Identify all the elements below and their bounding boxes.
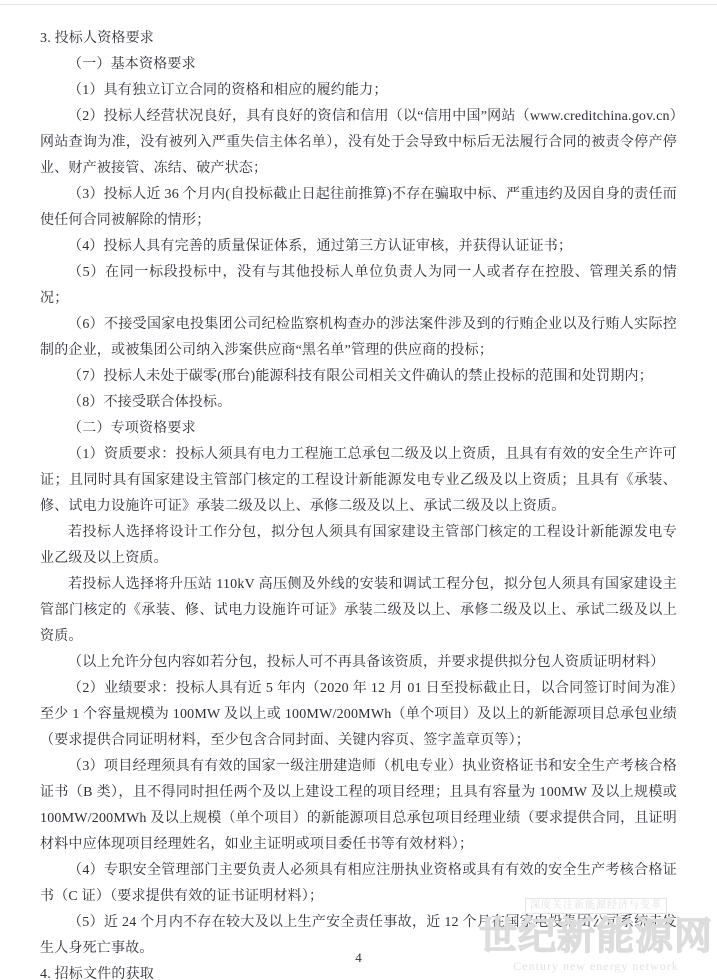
item-basic-4-quality-system: （4）投标人具有完善的质量保证体系，通过第三方认证审核，并获得认证证书； xyxy=(40,234,677,260)
document-body: 3. 投标人资格要求 （一）基本资格要求 （1）具有独立订立合同的资格和相应的履… xyxy=(40,26,677,980)
subsection-special-requirements-heading: （二）专项资格要求 xyxy=(40,416,677,442)
item-basic-8-no-consortium: （8）不接受联合体投标。 xyxy=(40,390,677,416)
item-special-1-qualification: （1）资质要求：投标人须具有电力工程施工总承包二级及以上资质，且具有有效的安全生… xyxy=(40,442,677,520)
item-basic-7-not-banned: （7）投标人未处于碳零(邢台)能源科技有限公司相关文件确认的禁止投标的范围和处罚… xyxy=(40,364,677,390)
item-basic-1-contract-capacity: （1）具有独立订立合同的资格和相应的履约能力； xyxy=(40,78,677,104)
item-basic-2-credit-status: （2）投标人经营状况良好，具有良好的资信和信用（以“信用中国”网站（www.cr… xyxy=(40,104,677,182)
item-basic-6-blacklist-exclusion: （6）不接受国家电投集团公司纪检监察机构查办的涉法案件涉及到的行贿企业以及行贿人… xyxy=(40,312,677,364)
page-top-rule xyxy=(0,4,717,5)
item-basic-5-no-affiliation: （5）在同一标段投标中，没有与其他投标人单位负责人为同一人或者存在控股、管理关系… xyxy=(40,260,677,312)
item-special-2-performance: （2）业绩要求：投标人具有近 5 年内（2020 年 12 月 01 日至投标截… xyxy=(40,676,677,754)
page-number: 4 xyxy=(0,950,717,966)
para-design-subcontract: 若投标人选择将设计工作分包，拟分包人须具有国家建设主管部门核定的工程设计新能源发… xyxy=(40,520,677,572)
item-special-3-project-manager: （3）项目经理须具有有效的国家一级注册建造师（机电专业）执业资格证书和安全生产考… xyxy=(40,754,677,858)
para-subcontract-note: （以上允许分包内容如若分包，投标人可不再具备该资质，并要求提供拟分包人资质证明材… xyxy=(40,650,677,676)
subsection-basic-requirements-heading: （一）基本资格要求 xyxy=(40,52,677,78)
section-heading-bidder-qualification: 3. 投标人资格要求 xyxy=(40,26,677,52)
para-substation-subcontract: 若投标人选择将升压站 110kV 高压侧及外线的安装和调试工程分包，拟分包人须具… xyxy=(40,572,677,650)
item-special-4-safety-manager: （4）专职安全管理部门主要负责人必须具有相应注册执业资格或具有有效的安全生产考核… xyxy=(40,858,677,910)
item-basic-3-no-fraud: （3）投标人近 36 个月内(自投标截止日起往前推算)不存在骗取中标、严重违约及… xyxy=(40,182,677,234)
